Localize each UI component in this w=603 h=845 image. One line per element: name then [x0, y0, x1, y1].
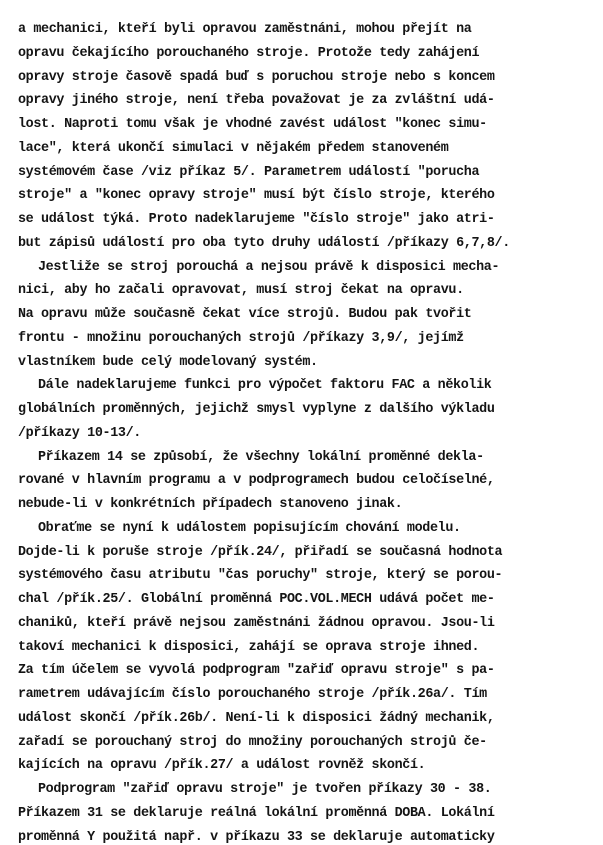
text-line: chal /přík.25/. Globální proměnná POC.VO…: [18, 592, 495, 608]
text-line: vlastníkem bude celý modelovaný systém.: [18, 355, 318, 371]
text-line: Za tím účelem se vyvolá podprogram "zaři…: [18, 663, 495, 679]
text-line: chaniků, kteří právě nejsou zaměstnáni ž…: [18, 616, 495, 632]
text-line: but zápisů událostí pro oba tyto druhy u…: [18, 236, 510, 252]
text-line: stroje" a "konec opravy stroje" musí být…: [18, 188, 495, 204]
text-line: událost skončí /přík.26b/. Není-li k dis…: [18, 711, 495, 727]
text-line: Příkazem 31 se deklaruje reálná lokální …: [18, 806, 495, 822]
text-line: systémovém čase /viz příkaz 5/. Parametr…: [18, 165, 479, 181]
text-line: rované v hlavním programu a v podprogram…: [18, 473, 495, 489]
text-line: opravy jiného stroje, není třeba považov…: [18, 93, 495, 109]
text-line: lace", která ukončí simulaci v nějakém p…: [18, 141, 448, 157]
text-line: Dojde-li k poruše stroje /přík.24/, přiř…: [18, 545, 502, 561]
text-line: frontu - množinu porouchaných strojů /př…: [18, 331, 464, 347]
text-line: globálních proměnných, jejichž smysl vyp…: [18, 402, 495, 418]
text-line: rametrem udávajícím číslo porouchaného s…: [18, 687, 487, 703]
text-line: opravu čekajícího porouchaného stroje. P…: [18, 46, 479, 62]
text-line: Na opravu může současně čekat více stroj…: [18, 307, 471, 323]
text-line: kajících na opravu /přík.27/ a událost r…: [18, 758, 425, 774]
text-line: Podprogram "zařiď opravu stroje" je tvoř…: [38, 782, 491, 798]
text-line: takoví mechanici k disposici, zahájí se …: [18, 640, 479, 656]
text-line: systémového času atributu "čas poruchy" …: [18, 568, 502, 584]
text-line: Obraťme se nyní k událostem popisujícím …: [38, 521, 461, 537]
text-line: nebude-li v konkrétních případech stanov…: [18, 497, 402, 513]
text-line: Příkazem 14 se způsobí, že všechny lokál…: [38, 450, 484, 466]
text-line: nici, aby ho začali opravovat, musí stro…: [18, 283, 464, 299]
text-line: a mechanici, kteří byli opravou zaměstná…: [18, 22, 471, 38]
text-line: Dále nadeklarujeme funkci pro výpočet fa…: [38, 378, 491, 394]
text-line: opravy stroje časově spadá buď s porucho…: [18, 70, 495, 86]
text-line: lost. Naproti tomu však je vhodné zavést…: [18, 117, 487, 133]
text-line: zařadí se porouchaný stroj do množiny po…: [18, 735, 487, 751]
typewritten-page: a mechanici, kteří byli opravou zaměstná…: [0, 0, 603, 845]
text-line: /příkazy 10-13/.: [18, 426, 141, 442]
text-line: Jestliže se stroj porouchá a nejsou práv…: [38, 260, 499, 276]
text-line: proměnná Y použitá např. v příkazu 33 se…: [18, 830, 495, 845]
text-line: se událost týká. Proto nadeklarujeme "čí…: [18, 212, 495, 228]
